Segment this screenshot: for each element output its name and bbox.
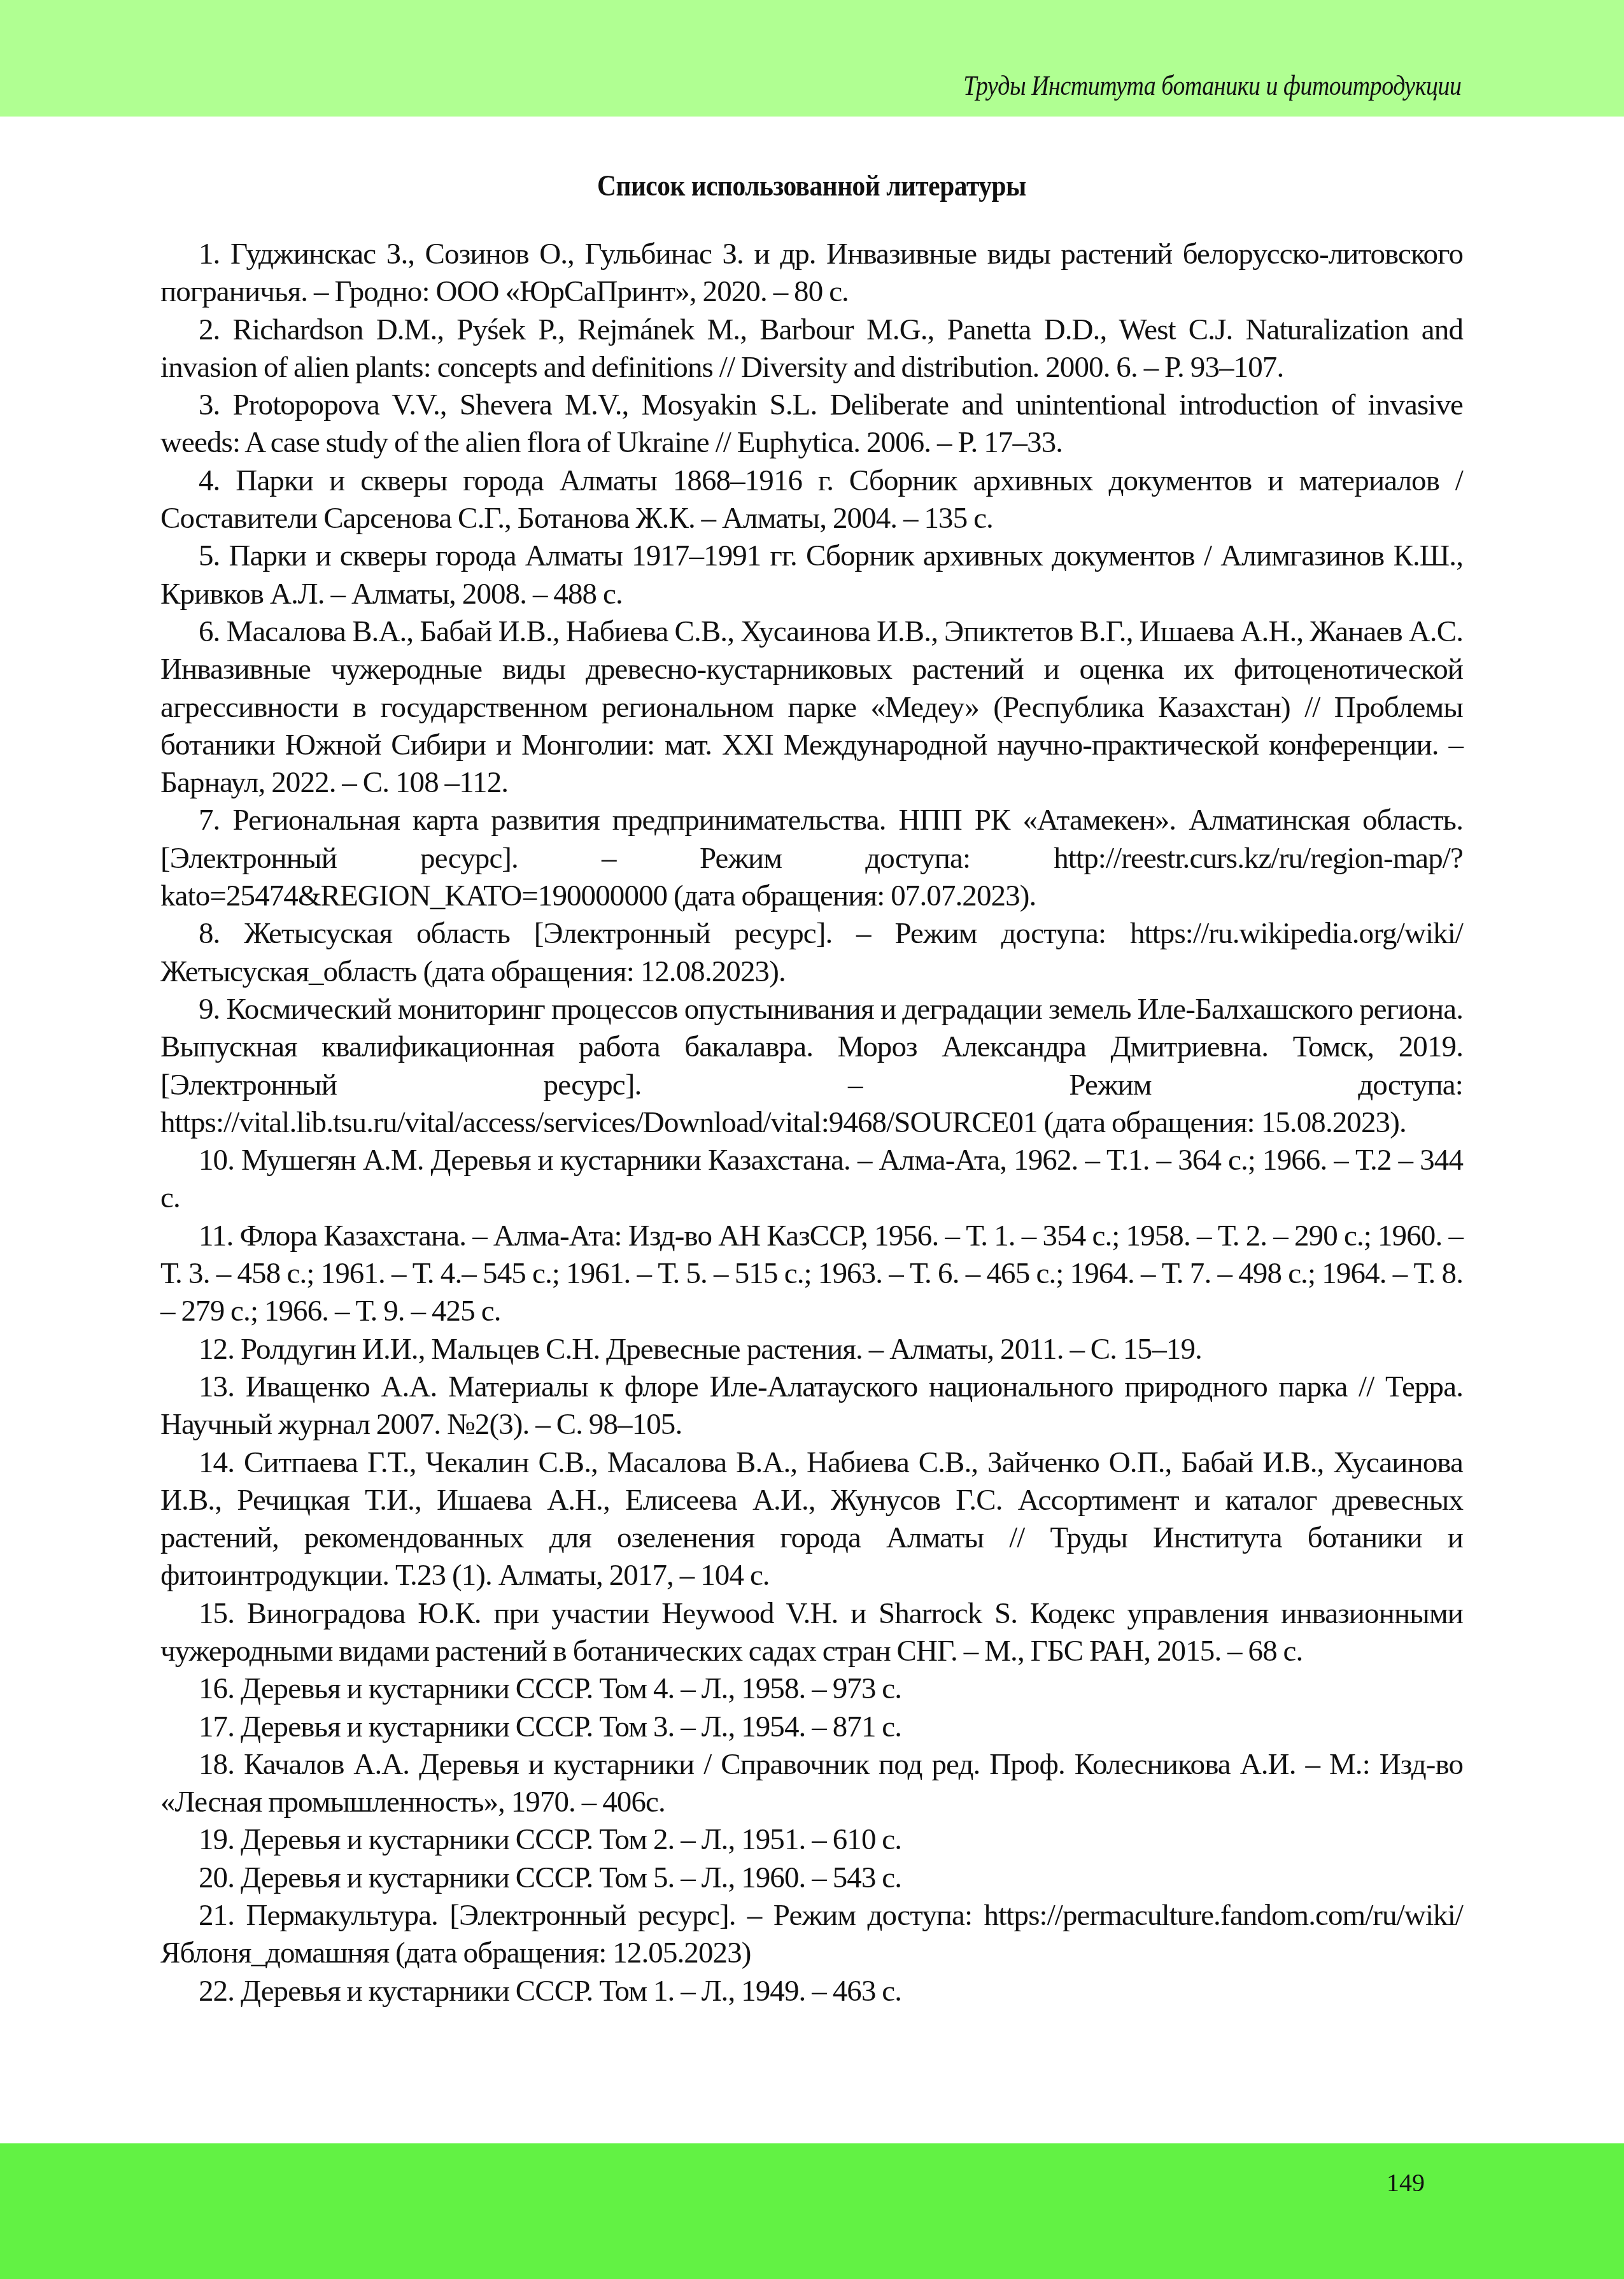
reference-item-6: 6. Масалова В.А., Бабай И.В., Набиева С.…: [160, 613, 1463, 802]
reference-item-5: 5. Парки и скверы города Алматы 1917–199…: [160, 537, 1463, 613]
reference-item-2: 2. Richardson D.M., Pyśek P., Rejmánek M…: [160, 311, 1463, 387]
reference-item-21: 21. Пермакультура. [Электронный ресурс].…: [160, 1897, 1463, 1973]
reference-item-4: 4. Парки и скверы города Алматы 1868–191…: [160, 462, 1463, 538]
reference-item-22: 22. Деревья и кустарники СССР. Том 1. – …: [160, 1973, 1463, 2010]
reference-item-20: 20. Деревья и кустарники СССР. Том 5. – …: [160, 1859, 1463, 1897]
reference-item-18: 18. Качалов А.А. Деревья и кустарники / …: [160, 1746, 1463, 1822]
reference-item-10: 10. Мушегян А.М. Деревья и кустарники Ка…: [160, 1142, 1463, 1218]
reference-item-16: 16. Деревья и кустарники СССР. Том 4. – …: [160, 1670, 1463, 1708]
reference-item-19: 19. Деревья и кустарники СССР. Том 2. – …: [160, 1821, 1463, 1859]
journal-header-band: Труды Института ботаники и фитоитродукци…: [0, 0, 1624, 117]
reference-item-13: 13. Иващенко А.А. Материалы к флоре Иле-…: [160, 1368, 1463, 1444]
reference-item-12: 12. Ролдугин И.И., Мальцев С.Н. Древесны…: [160, 1331, 1463, 1368]
reference-item-7: 7. Региональная карта развития предприни…: [160, 802, 1463, 915]
footer-band: [0, 2143, 1624, 2279]
reference-item-17: 17. Деревья и кустарники СССР. Том 3. – …: [160, 1708, 1463, 1746]
reference-item-11: 11. Флора Казахстана. – Алма-Ата: Изд-во…: [160, 1218, 1463, 1331]
reference-list: 1. Гуджинскас З., Созинов О., Гульбинас …: [160, 236, 1463, 2010]
journal-title: Труды Института ботаники и фитоитродукци…: [963, 70, 1461, 102]
page-content: Список использованной литературы 1. Гудж…: [160, 167, 1463, 2010]
page-number: 149: [1387, 2168, 1425, 2198]
reference-item-1: 1. Гуджинскас З., Созинов О., Гульбинас …: [160, 236, 1463, 311]
reference-item-8: 8. Жетысуская область [Электронный ресур…: [160, 915, 1463, 991]
reference-item-9: 9. Космический мониторинг процессов опус…: [160, 991, 1463, 1142]
references-heading: Список использованной литературы: [225, 167, 1397, 205]
reference-item-3: 3. Protopopova V.V., Shevera M.V., Mosya…: [160, 387, 1463, 462]
reference-item-15: 15. Виноградова Ю.К. при участии Heywood…: [160, 1595, 1463, 1671]
reference-item-14: 14. Ситпаева Г.Т., Чекалин С.В., Масалов…: [160, 1444, 1463, 1595]
